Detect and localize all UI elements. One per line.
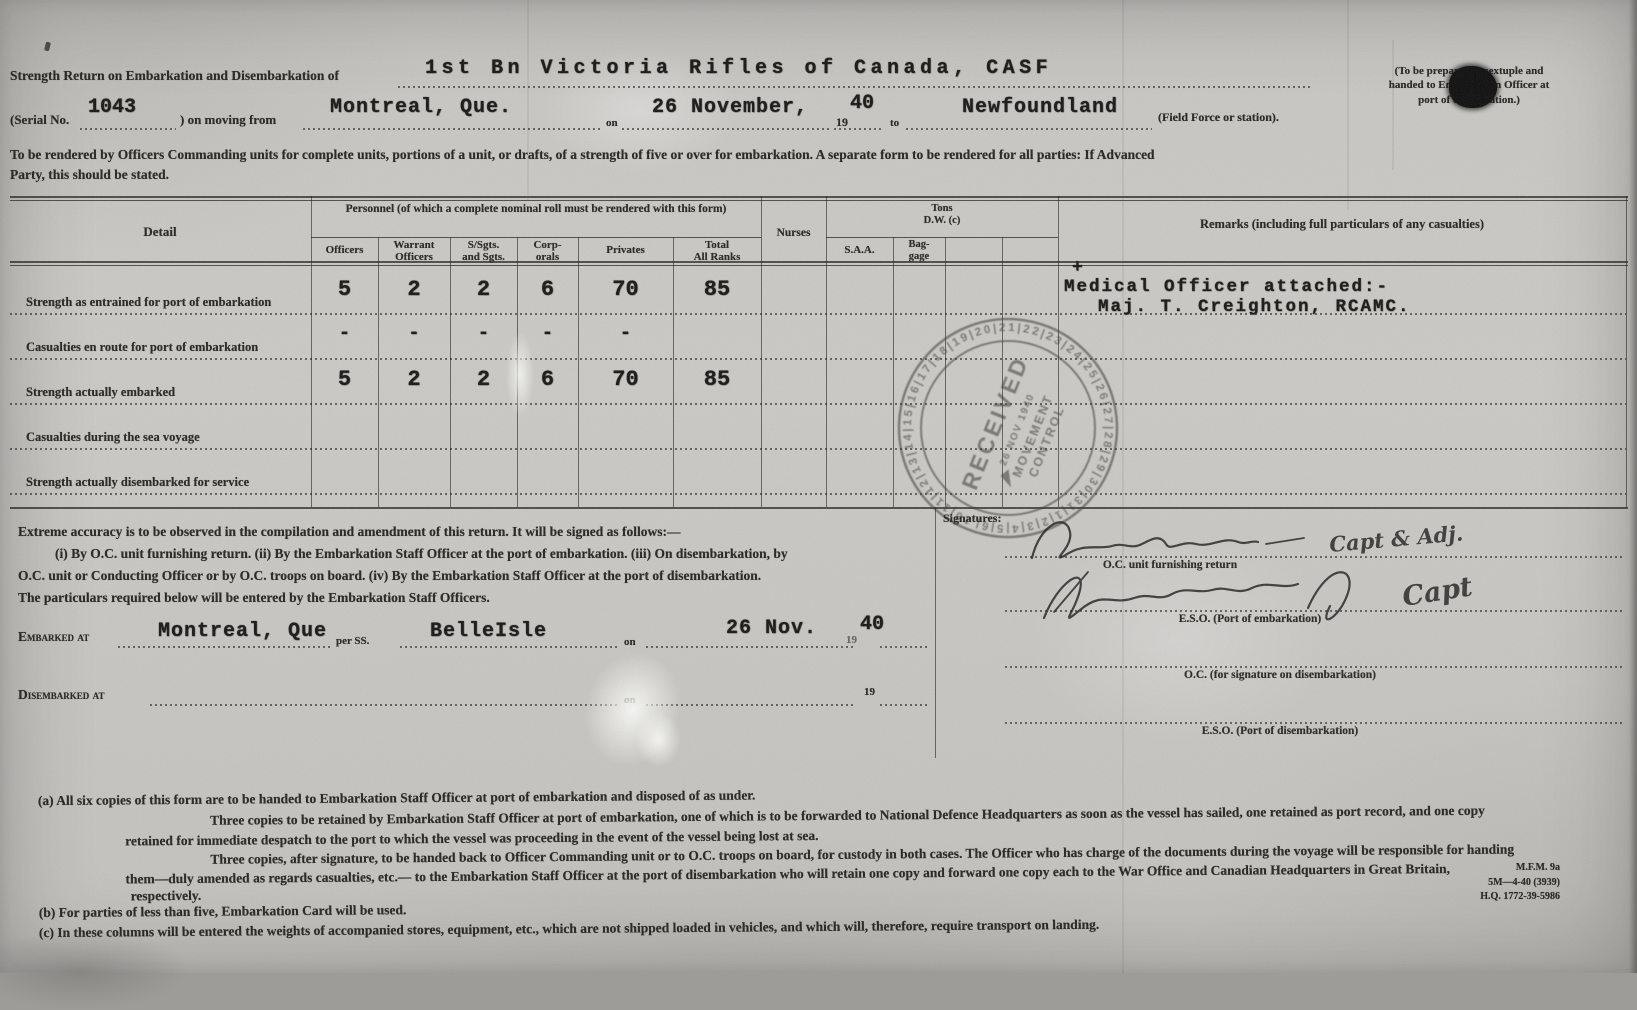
signature-caption-2: E.S.O. (Port of embarkation) xyxy=(1060,613,1440,625)
received-stamp: 10|11|12|13|14|15|16|17|18|19|20|21|22|2… xyxy=(892,312,1124,544)
col-line-remarks xyxy=(1058,196,1059,507)
signatures-label: Signatures: xyxy=(943,511,1001,526)
remarks-header: Remarks (including full particulars of a… xyxy=(1062,218,1622,232)
accuracy-line1: Extreme accuracy is to be observed in th… xyxy=(18,524,680,540)
row-label-entrained: Strength as entrained for port of embark… xyxy=(26,295,271,310)
table-bottom-border xyxy=(10,507,1628,509)
stamp-outer-ring xyxy=(892,312,1124,544)
form-title: Strength Return on Embarkation and Disem… xyxy=(10,68,339,84)
cell-r1-corporals: 6 xyxy=(517,277,578,302)
on-label: on xyxy=(606,117,618,129)
col-corporals: Corp- orals xyxy=(517,239,578,263)
footnote-a3: retained for immediate despatch to the p… xyxy=(125,828,818,849)
ink-blot xyxy=(1449,66,1497,108)
embarked-on-label: on xyxy=(624,636,636,648)
render-note-line1: To be rendered by Officers Commanding un… xyxy=(10,147,1155,163)
serial-typed-entry: 1043 xyxy=(88,96,136,119)
row-rule-5 xyxy=(10,493,1626,495)
signature-annotation-1: Capt & Adj. xyxy=(1328,520,1464,557)
cell-r3-warrant: 2 xyxy=(378,367,450,392)
disembarked-on-label: on xyxy=(624,694,636,706)
stamp-rim-numbers: 10|11|12|13|14|15|16|17|18|19|20|21|22|2… xyxy=(892,312,1124,544)
row-label-casualties-route: Casualties en route for port of embarkat… xyxy=(26,340,258,355)
cell-r2-corporals: - xyxy=(517,322,578,344)
nurses-header: Nurses xyxy=(761,227,826,240)
signature-eso-cross xyxy=(1054,572,1088,612)
col-officers: Officers xyxy=(311,244,378,256)
signature-oc-flourish xyxy=(1266,538,1304,544)
header-bottom-border xyxy=(10,261,1628,263)
embarked-rule-3 xyxy=(646,646,856,648)
col-ssgts-sgts: S/Sgts. and Sgts. xyxy=(450,239,517,263)
embarked-rule-1 xyxy=(118,646,330,648)
col-line-tons3 xyxy=(1002,237,1003,507)
date-typed-entry: 26 November, xyxy=(652,96,808,119)
signature-rule-4 xyxy=(1005,722,1622,724)
embarked-place-typed: Montreal, Que xyxy=(158,620,327,643)
accuracy-line3: O.C. unit or Conducting Officer or by O.… xyxy=(18,568,761,584)
signature-oc-stroke xyxy=(1032,522,1258,558)
signature-rule-3 xyxy=(1005,666,1622,668)
print-ref-1: M.F.M. 9a xyxy=(1465,862,1560,873)
page-edge-shadow xyxy=(1629,0,1637,973)
row-rule-3 xyxy=(10,403,1626,405)
embarked-rule-4 xyxy=(880,646,928,648)
row-rule-4 xyxy=(10,448,1626,450)
embarked-at-label: Embarked at xyxy=(18,629,89,645)
col-total-all-ranks: Total All Ranks xyxy=(673,239,761,263)
moving-from-label: ) on moving from xyxy=(180,112,276,128)
fold-crease-3 xyxy=(1347,0,1349,210)
cell-r3-ssgts: 2 xyxy=(450,367,517,392)
year-rule xyxy=(834,128,882,130)
cell-r3-total: 85 xyxy=(673,367,761,392)
footnote-b: (b) For parties of less than five, Embar… xyxy=(39,902,407,921)
header-bottom-border2 xyxy=(10,265,1628,266)
print-ref-2: 5M—4-40 (3939) xyxy=(1465,877,1560,888)
cell-r1-total: 85 xyxy=(673,277,761,302)
stamp-arrow-mark xyxy=(998,467,1017,487)
remarks-line2: Maj. T. Creighton, RCAMC. xyxy=(1098,297,1411,317)
unit-typed-entry: 1st Bn Victoria Rifles of Canada, CASF xyxy=(425,57,1052,80)
signature-panel-border xyxy=(935,508,936,758)
fold-crease-1 xyxy=(527,0,529,200)
embarked-rule-2 xyxy=(400,646,618,648)
cell-r1-officers: 5 xyxy=(311,277,378,302)
footnote-a6: respectively. xyxy=(131,888,202,905)
table-top-border2 xyxy=(10,200,1628,201)
fold-crease-2 xyxy=(1122,0,1124,973)
accuracy-line4: The particulars required below will be e… xyxy=(18,590,490,606)
col-warrant-officers: Warrant Officers xyxy=(378,239,450,263)
cell-r1-ssgts: 2 xyxy=(450,277,517,302)
signature-caption-4: E.S.O. (Port of disembarkation) xyxy=(1000,725,1560,737)
cell-r2-officers: - xyxy=(311,322,378,344)
signature-caption-1: O.C. unit furnishing return xyxy=(1005,559,1335,571)
footnotes-block: (a) All six copies of this form are to b… xyxy=(30,781,1601,963)
remarks-line1: Medical Officer attached:- xyxy=(1064,277,1389,297)
print-ref-3: H.Q. 1772-39-5986 xyxy=(1465,891,1560,902)
footnote-a2: Three copies to be retained by Embarkati… xyxy=(210,803,1485,829)
ink-speck xyxy=(44,42,51,52)
tons-group-header: Tons D.W. (c) xyxy=(828,203,1056,226)
embarked-year-typed: 40 xyxy=(860,613,884,636)
row-label-embarked: Strength actually embarked xyxy=(26,385,175,400)
serial-rule xyxy=(80,128,176,130)
col-saa: S.A.A. xyxy=(826,244,893,256)
row-label-casualties-voyage: Casualties during the sea voyage xyxy=(26,430,200,445)
cell-r3-privates: 70 xyxy=(578,367,673,392)
embarked-date-typed: 26 Nov. xyxy=(726,617,817,640)
per-ss-label: per SS. xyxy=(336,635,369,647)
accuracy-line2: (i) By O.C. unit furnishing return. (ii)… xyxy=(55,546,788,562)
col-line-right xyxy=(1626,196,1627,507)
ship-typed: BelleIsle xyxy=(430,620,547,643)
unit-rule xyxy=(398,86,1313,88)
footnote-a1: (a) All six copies of this form are to b… xyxy=(38,787,756,809)
col-line-saa xyxy=(893,237,894,507)
cell-r1-warrant: 2 xyxy=(378,277,450,302)
destination-rule xyxy=(906,128,1152,130)
stamp-org-line2: CONTROL xyxy=(1026,404,1067,480)
station-label: (Field Force or station). xyxy=(1158,110,1279,125)
fold-crease-4 xyxy=(1392,40,1394,170)
col-line-nurses-r xyxy=(826,196,827,507)
paper-splotch-1 xyxy=(570,640,696,779)
signature-annotation-2: Capt xyxy=(1400,571,1475,613)
col-line-baggage xyxy=(945,237,946,507)
col-privates: Privates xyxy=(578,244,673,256)
serial-label: (Serial No. xyxy=(10,112,69,128)
cell-r3-corporals: 6 xyxy=(517,367,578,392)
from-typed-entry: Montreal, Que. xyxy=(330,96,512,119)
col-baggage: Bag- gage xyxy=(893,239,945,262)
stamp-org-line1: MOVEMENT xyxy=(1010,392,1056,479)
disembarked-rule-2 xyxy=(646,704,856,706)
row-rule-2 xyxy=(10,358,1626,360)
signature-rule-1 xyxy=(1005,556,1622,558)
cell-r2-privates: - xyxy=(578,322,673,344)
stamp-received-text: RECEIVED xyxy=(956,352,1033,493)
col-line-detail xyxy=(311,196,312,507)
personnel-group-header: Personnel (of which a complete nominal r… xyxy=(317,203,755,216)
signature-caption-3: O.C. (for signature on disembarkation) xyxy=(1000,669,1560,681)
cell-r1-privates: 70 xyxy=(578,277,673,302)
footnote-c: (c) In these columns will be entered the… xyxy=(39,917,1099,941)
year-typed-entry: 40 xyxy=(850,92,874,115)
remarks-plus-mark: + xyxy=(1072,258,1083,278)
to-label: to xyxy=(890,117,899,129)
date-rule xyxy=(622,128,832,130)
from-rule xyxy=(303,128,600,130)
disembarked-rule-3 xyxy=(880,704,928,706)
destination-typed-entry: Newfoundland xyxy=(962,96,1118,119)
signature-rule-2 xyxy=(1005,610,1622,612)
embarked-year-printed: 19 xyxy=(846,634,857,646)
cell-r3-officers: 5 xyxy=(311,367,378,392)
disembarked-year-printed: 19 xyxy=(864,686,875,698)
detail-header: Detail xyxy=(60,225,260,239)
render-note-line2: Party, this should be stated. xyxy=(10,167,169,183)
disembarked-rule-1 xyxy=(150,704,618,706)
row-label-disembarked: Strength actually disembarked for servic… xyxy=(26,475,249,490)
disembarked-at-label: Disembarked at xyxy=(18,687,104,703)
tons-group-underline xyxy=(826,237,1058,238)
col-line-nurses-l xyxy=(761,196,762,507)
paper-splotch-2 xyxy=(636,712,681,767)
cell-r2-warrant: - xyxy=(378,322,450,344)
cell-r2-ssgts: - xyxy=(450,322,517,344)
strength-return-form: Strength Return on Embarkation and Disem… xyxy=(0,0,1637,973)
table-top-border xyxy=(10,196,1628,198)
